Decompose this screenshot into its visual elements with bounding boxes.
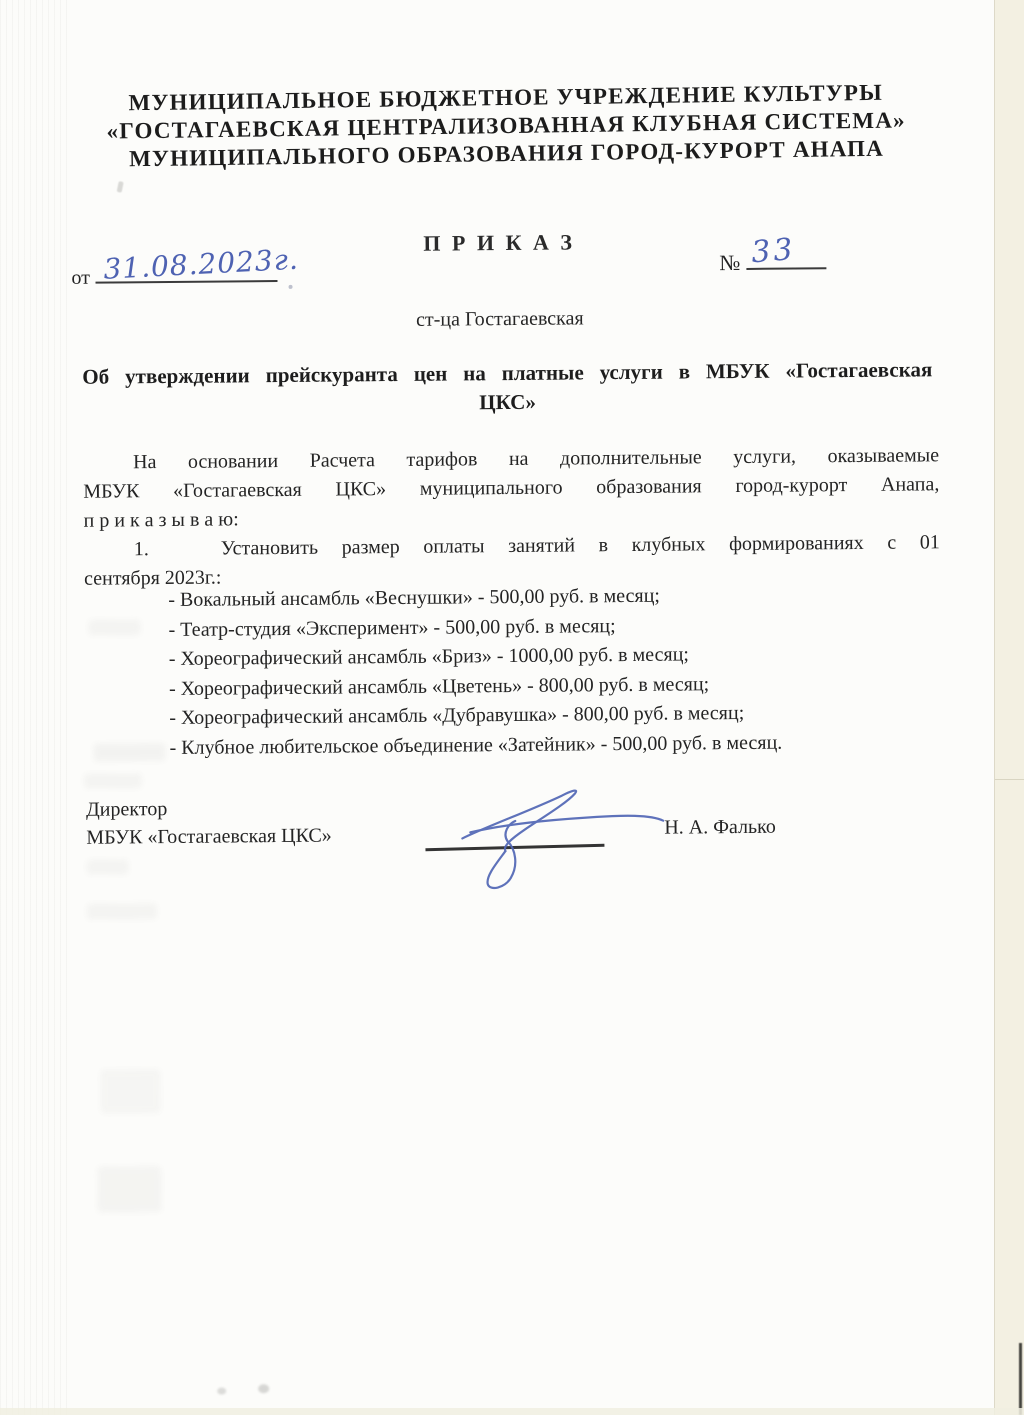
bleedthrough-smudge xyxy=(84,773,142,789)
handwritten-signature xyxy=(412,769,683,911)
item1-gap xyxy=(149,555,221,556)
scan-dot-artifact xyxy=(258,1384,269,1393)
signer-name: Н. А. Фалько xyxy=(664,816,776,840)
scanned-document-page: МУНИЦИПАЛЬНОЕ БЮДЖЕТНОЕ УЧРЕЖДЕНИЕ КУЛЬТ… xyxy=(0,0,1024,1415)
handwritten-order-number: 33 xyxy=(750,232,797,270)
scan-right-edge xyxy=(994,0,1024,1415)
date-prefix-label: от xyxy=(71,267,90,289)
signature-line xyxy=(425,845,604,850)
bleedthrough-smudge xyxy=(88,619,140,635)
scan-bottom-edge xyxy=(0,1408,1024,1415)
signature-stroke xyxy=(462,790,664,888)
signer-role-line1: Директор xyxy=(86,793,426,824)
services-price-list: - Вокальный ансамбль «Веснушки» - 500,00… xyxy=(168,579,960,763)
bleedthrough-smudge xyxy=(94,743,166,762)
bleedthrough-smudge xyxy=(87,859,129,874)
ink-dot-artifact xyxy=(289,285,293,289)
scan-artifact-mark xyxy=(117,181,124,193)
service-item-zateynik: - Клубное любительское объединение «Зате… xyxy=(169,727,959,763)
signature-role-block: Директор МБУК «Гостагаевская ЦКС» xyxy=(86,793,426,852)
scan-edge-shadow xyxy=(1019,1343,1022,1415)
bleedthrough-smudge xyxy=(87,903,157,920)
number-sign-label: № xyxy=(719,250,740,275)
bleedthrough-smudge xyxy=(100,1069,160,1114)
place-line: ст-ца Гостагаевская xyxy=(0,304,1002,336)
document-content: МУНИЦИПАЛЬНОЕ БЮДЖЕТНОЕ УЧРЕЖДЕНИЕ КУЛЬТ… xyxy=(0,0,1024,1415)
item1-text: Установить размер оплаты занятий в клубн… xyxy=(221,531,940,559)
document-title: Об утверждении прейскуранта цен на платн… xyxy=(82,355,932,420)
item1-number: 1. xyxy=(134,538,149,560)
scan-dot-artifact xyxy=(217,1388,226,1395)
bleedthrough-smudge xyxy=(97,1166,161,1213)
organization-header: МУНИЦИПАЛЬНОЕ БЮДЖЕТНОЕ УЧРЕЖДЕНИЕ КУЛЬТ… xyxy=(56,78,957,175)
paper-crease xyxy=(995,779,1024,780)
document-body: На основании Расчета тарифов на дополнит… xyxy=(83,441,940,593)
signer-role-line2: МБУК «Гостагаевская ЦКС» xyxy=(86,821,426,852)
